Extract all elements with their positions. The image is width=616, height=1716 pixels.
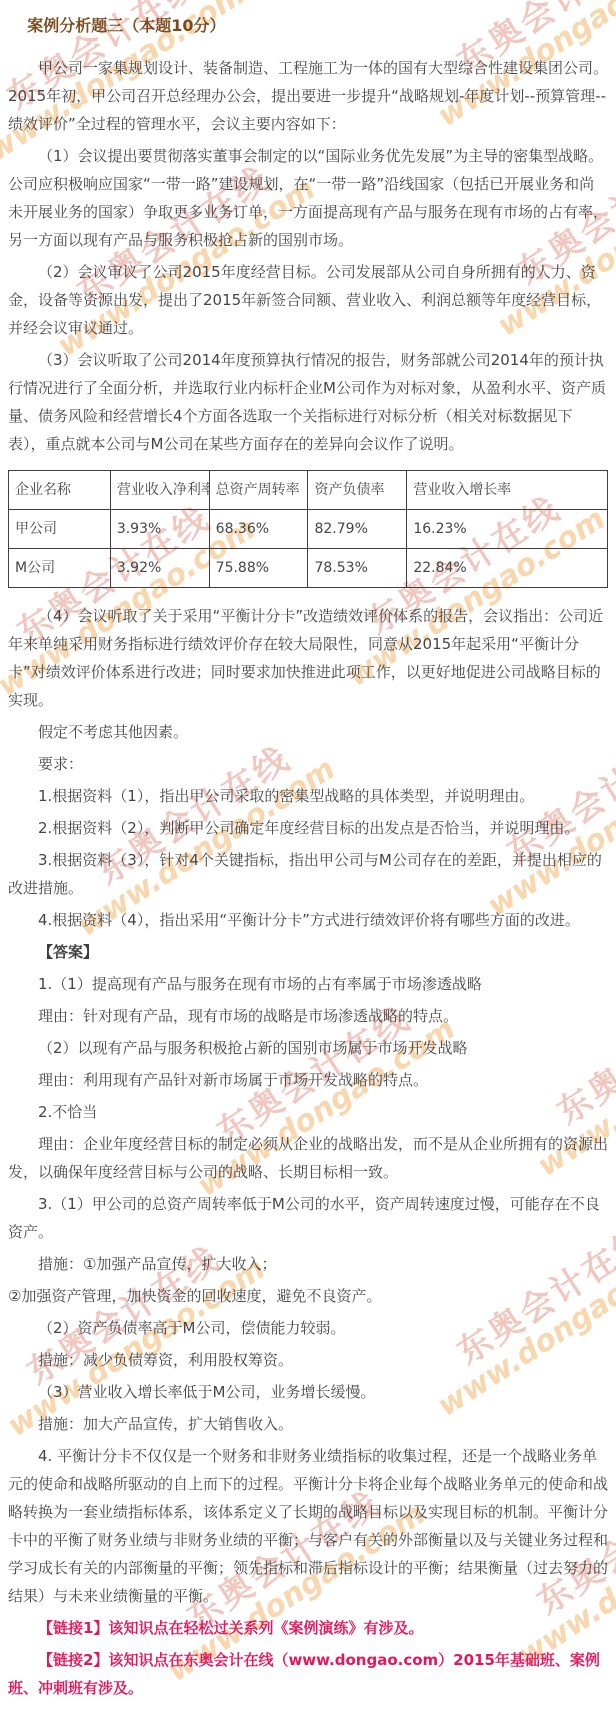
answer-3-3: （3）营业收入增长率低于M公司，业务增长缓慢。 <box>8 1378 608 1406</box>
answer-3-3-measure: 措施：加大产品宣传，扩大销售收入。 <box>8 1410 608 1438</box>
answer-3-2: （2）资产负债率高于M公司，偿债能力较弱。 <box>8 1314 608 1342</box>
knowledge-link-1: 【链接1】该知识点在轻松过关系列《案例演练》有涉及。 <box>8 1614 608 1642</box>
cell-company-a: 甲公司 <box>9 510 111 549</box>
answer-1-1-reason: 理由：针对现有产品，现有市场的战略是市场渗透战略的特点。 <box>8 1002 608 1030</box>
cell-company-m: M公司 <box>9 549 111 588</box>
cell-a-revenue-growth: 16.23% <box>407 510 608 549</box>
document-page: 东奥会计在线www.dongao.com东奥会计在线www.dongao.com… <box>0 0 616 1716</box>
cell-m-net-margin: 3.92% <box>110 549 209 588</box>
requirement-1: 1.根据资料（1），指出甲公司采取的密集型战略的具体类型，并说明理由。 <box>8 782 608 810</box>
question-intro: 甲公司一家集规划设计、装备制造、工程施工为一体的国有大型综合性建设集团公司。20… <box>8 54 608 138</box>
cell-a-asset-turnover: 68.36% <box>209 510 308 549</box>
answer-1-2-reason: 理由：利用现有产品针对新市场属于市场开发战略的特点。 <box>8 1066 608 1094</box>
answer-2: 2.不恰当 <box>8 1098 608 1126</box>
cell-m-debt-ratio: 78.53% <box>308 549 407 588</box>
material-item-3: （3）会议听取了公司2014年度预算执行情况的报告，财务部就公司2014年的预计… <box>8 346 608 458</box>
answer-4: 4. 平衡计分卡不仅仅是一个财务和非财务业绩指标的收集过程，还是一个战略业务单元… <box>8 1442 608 1610</box>
material-item-1: （1）会议提出要贯彻落实董事会制定的以“国际业务优先发展”为主导的密集型战略。公… <box>8 142 608 254</box>
answer-1-2: （2）以现有产品与服务积极抢占新的国别市场属于市场开发战略 <box>8 1034 608 1062</box>
table-header-asset-turnover: 总资产周转率 <box>209 471 308 510</box>
material-item-2: （2）会议审议了公司2015年度经营目标。公司发展部从公司自身所拥有的人力、资金… <box>8 258 608 342</box>
table-header-net-margin: 营业收入净利率 <box>110 471 209 510</box>
table-header-debt-ratio: 资产负债率 <box>308 471 407 510</box>
requirement-2: 2.根据资料（2），判断甲公司确定年度经营目标的出发点是否恰当，并说明理由。 <box>8 814 608 842</box>
requirement-3: 3.根据资料（3），针对4个关键指标，指出甲公司与M公司存在的差距，并提出相应的… <box>8 846 608 902</box>
answer-3-1-measure-2: ②加强资产管理，加快资金的回收速度，避免不良资产。 <box>8 1282 608 1310</box>
cell-a-net-margin: 3.93% <box>110 510 209 549</box>
cell-m-asset-turnover: 75.88% <box>209 549 308 588</box>
answer-3-1-measure-1: 措施：①加强产品宣传，扩大收入； <box>8 1250 608 1278</box>
cell-a-debt-ratio: 82.79% <box>308 510 407 549</box>
requirement-4: 4.根据资料（4），指出采用“平衡计分卡”方式进行绩效评价将有哪些方面的改进。 <box>8 906 608 934</box>
cell-m-revenue-growth: 22.84% <box>407 549 608 588</box>
answer-1-1: 1.（1）提高现有产品与服务在现有市场的占有率属于市场渗透战略 <box>8 970 608 998</box>
answer-label: 【答案】 <box>8 938 608 966</box>
assumption-note: 假定不考虑其他因素。 <box>8 718 608 746</box>
table-header-row: 企业名称 营业收入净利率 总资产周转率 资产负债率 营业收入增长率 <box>9 471 608 510</box>
table-header-company: 企业名称 <box>9 471 111 510</box>
table-row: M公司 3.92% 75.88% 78.53% 22.84% <box>9 549 608 588</box>
answer-3-2-measure: 措施：减少负债筹资，利用股权筹资。 <box>8 1346 608 1374</box>
material-item-4: （4）会议听取了关于采用“平衡计分卡”改造绩效评价体系的报告，会议指出：公司近年… <box>8 602 608 714</box>
answer-3-1: 3.（1）甲公司的总资产周转率低于M公司的水平，资产周转速度过慢，可能存在不良资… <box>8 1190 608 1246</box>
page-title: 案例分析题三（本题10分） <box>8 12 608 40</box>
knowledge-link-2: 【链接2】该知识点在东奥会计在线（www.dongao.com）2015年基础班… <box>8 1646 608 1702</box>
benchmark-table: 企业名称 营业收入净利率 总资产周转率 资产负债率 营业收入增长率 甲公司 3.… <box>8 470 608 588</box>
table-row: 甲公司 3.93% 68.36% 82.79% 16.23% <box>9 510 608 549</box>
answer-2-reason: 理由：企业年度经营目标的制定必须从企业的战略出发，而不是从企业所拥有的资源出发，… <box>8 1130 608 1186</box>
document-content: 案例分析题三（本题10分） 甲公司一家集规划设计、装备制造、工程施工为一体的国有… <box>8 12 608 1702</box>
requirements-label: 要求： <box>8 750 608 778</box>
table-header-revenue-growth: 营业收入增长率 <box>407 471 608 510</box>
